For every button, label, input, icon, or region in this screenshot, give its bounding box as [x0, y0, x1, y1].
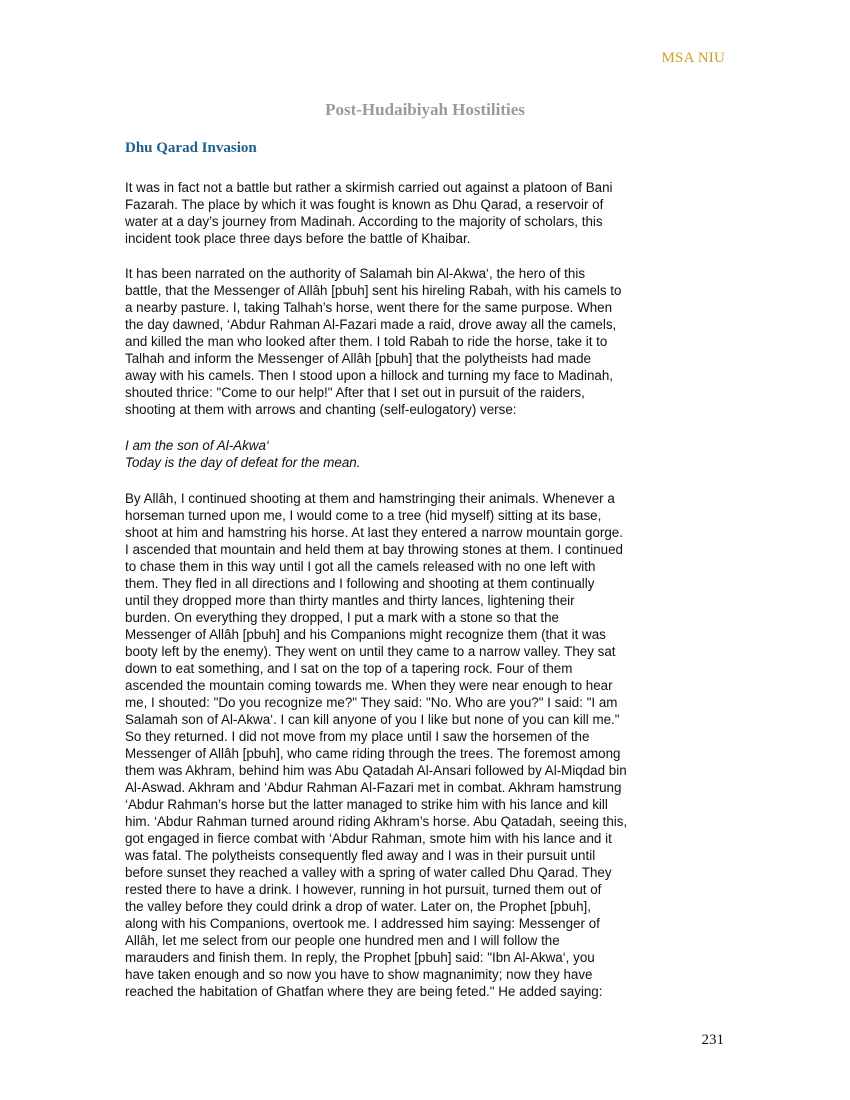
page-number: 231: [702, 1032, 725, 1049]
paragraph-intro: It was in fact not a battle but rather a…: [125, 179, 730, 247]
paragraph-narration: It has been narrated on the authority of…: [125, 265, 730, 418]
chapter-title: Post-Hudaibiyah Hostilities: [0, 100, 850, 120]
paragraph-pursuit: By Allâh, I continued shooting at them a…: [125, 490, 730, 1000]
document-page: MSA NIU Post-Hudaibiyah Hostilities Dhu …: [0, 0, 850, 1100]
running-header: MSA NIU: [662, 50, 726, 67]
verse-quote: I am the son of Al-Akwa‘ Today is the da…: [125, 437, 730, 471]
section-title: Dhu Qarad Invasion: [125, 140, 257, 157]
